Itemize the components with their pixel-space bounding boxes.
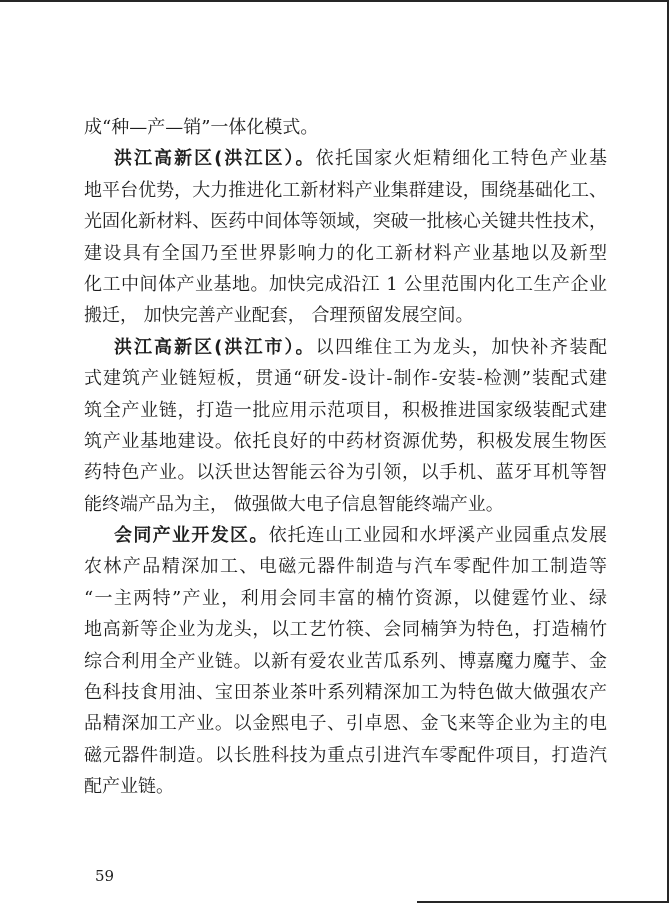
body-text-line: “一主两特”产业，利用会同丰富的楠竹资源，以健霆竹业、绿 xyxy=(84,583,607,614)
body-text-line: 化工中间体产业基地。加快完成沿江 1 公里范围内化工生产企业 xyxy=(84,269,607,300)
body-text-line: 品精深加工产业。以金熙电子、引卓恩、金飞来等企业为主的电 xyxy=(84,708,607,739)
body-text-line: 洪江高新区(洪江区）。依托国家火炬精细化工特色产业基 xyxy=(84,143,607,174)
section-heading: 洪江高新区(洪江市）。 xyxy=(114,337,316,358)
body-text-line: 建设具有全国乃至世界影响力的化工新材料产业基地以及新型 xyxy=(84,238,607,269)
body-text-line: 色科技食用油、宝田茶业茶叶系列精深加工为特色做大做强农产 xyxy=(84,677,607,708)
body-text-line: 筑产业基地建设。依托良好的中药材资源优势，积极发展生物医 xyxy=(84,426,607,457)
body-text-line: 地平台优势，大力推进化工新材料产业集群建设，围绕基础化工、 xyxy=(84,175,607,206)
body-text-line: 式建筑产业链短板，贯通“研发-设计-制作-安装-检测”装配式建 xyxy=(84,363,607,394)
body-text-line: 药特色产业。以沃世达智能云谷为引领，以手机、蓝牙耳机等智 xyxy=(84,457,607,488)
body-text-line: 成“种—产—销”一体化模式。 xyxy=(84,112,607,143)
body-text-line: 光固化新材料、医药中间体等领域，突破一批核心关键共性技术， xyxy=(84,206,607,237)
document-page: 成“种—产—销”一体化模式。 洪江高新区(洪江区）。依托国家火炬精细化工特色产业… xyxy=(0,0,669,903)
body-text-line: 农林产品精深加工、电磁元器件制造与汽车零配件加工制造等 xyxy=(84,551,607,582)
line-text: 依托连山工业园和水坪溪产业园重点发展 xyxy=(269,525,607,546)
body-text-line: 配产业链。 xyxy=(84,771,607,802)
body-text-line: 地高新等企业为龙头，以工艺竹筷、会同楠笋为特色，打造楠竹 xyxy=(84,614,607,645)
page-number: 59 xyxy=(95,866,114,886)
body-text-line: 筑全产业链，打造一批应用示范项目，积极推进国家级装配式建 xyxy=(84,395,607,426)
line-text: 依托国家火炬精细化工特色产业基 xyxy=(316,148,607,169)
section-heading: 会同产业开发区。 xyxy=(114,525,269,546)
section-heading: 洪江高新区(洪江区）。 xyxy=(114,148,316,169)
body-text-line: 会同产业开发区。依托连山工业园和水坪溪产业园重点发展 xyxy=(84,520,607,551)
body-text-line: 洪江高新区(洪江市）。以四维住工为龙头，加快补齐装配 xyxy=(84,332,607,363)
body-text-line: 磁元器件制造。以长胜科技为重点引进汽车零配件项目，打造汽 xyxy=(84,740,607,771)
body-text-line: 综合利用全产业链。以新有爱农业苦瓜系列、博嘉魔力魔芋、金 xyxy=(84,646,607,677)
line-text: 以四维住工为龙头，加快补齐装配 xyxy=(316,337,607,358)
body-text-line: 能终端产品为主， 做强做大电子信息智能终端产业。 xyxy=(84,489,607,520)
document-body: 成“种—产—销”一体化模式。 洪江高新区(洪江区）。依托国家火炬精细化工特色产业… xyxy=(84,112,607,803)
body-text-line: 搬迁， 加快完善产业配套， 合理预留发展空间。 xyxy=(84,300,607,331)
